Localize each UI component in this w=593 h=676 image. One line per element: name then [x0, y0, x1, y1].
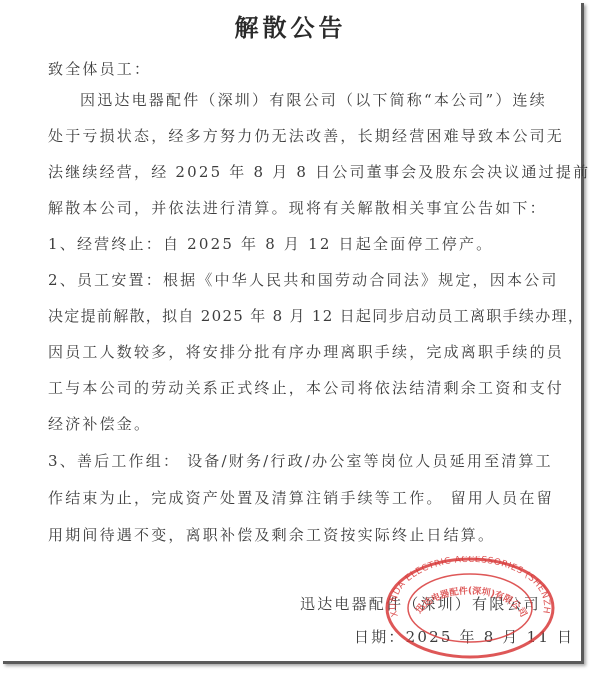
item-2-line: 工与本公司的劳动关系正式终止，本公司将依法结清剩余工资和支付 [48, 377, 564, 398]
intro-line: 法继续经营，经 2025 年 8 月 8 日公司董事会及股东会决议通过提前 [48, 161, 590, 182]
salutation: 致全体员工： [48, 58, 151, 79]
intro-line: 处于亏损状态，经多方努力仍无法改善，长期经营困难导致本公司无 [48, 125, 564, 146]
intro-line: 解散本公司，并依法进行清算。现将有关解散相关事宜公告如下： [48, 197, 547, 218]
signature-company: 迅达电器配件（深圳）有限公司 [300, 593, 541, 614]
item-2-line: 2、员工安置：根据《中华人民共和国劳动合同法》规定，因本公司 [48, 269, 559, 290]
item-3-line: 用期间待遇不变，离职补偿及剩余工资按实际终止日结算。 [48, 524, 495, 545]
signature-date: 日期：2025 年 8 月 11 日 [354, 626, 574, 647]
document-title: 解散公告 [0, 8, 581, 43]
item-3-line: 作结束为止，完成资产处置及清算注销手续等工作。 留用人员在留 [48, 487, 554, 508]
document-page: 解散公告 致全体员工： 因迅达电器配件（深圳）有限公司（以下简称“本公司”）连续… [0, 0, 581, 661]
item-2-line: 因员工人数较多，将安排分批有序办理离职手续，完成离职手续的员 [48, 341, 564, 362]
item-3-line: 3、善后工作组： 设备/财务/行政/办公室等岗位人员延用至清算工 [48, 450, 553, 471]
intro-line: 因迅达电器配件（深圳）有限公司（以下简称“本公司”）连续 [80, 89, 547, 110]
item-1-line: 1、经营终止：自 2025 年 8 月 12 日起全面停工停产。 [48, 233, 493, 254]
item-2-line: 经济补偿金。 [48, 413, 151, 434]
item-2-line: 决定提前解散，拟自 2025 年 8 月 12 日起同步启动员工离职手续办理， [48, 305, 584, 326]
